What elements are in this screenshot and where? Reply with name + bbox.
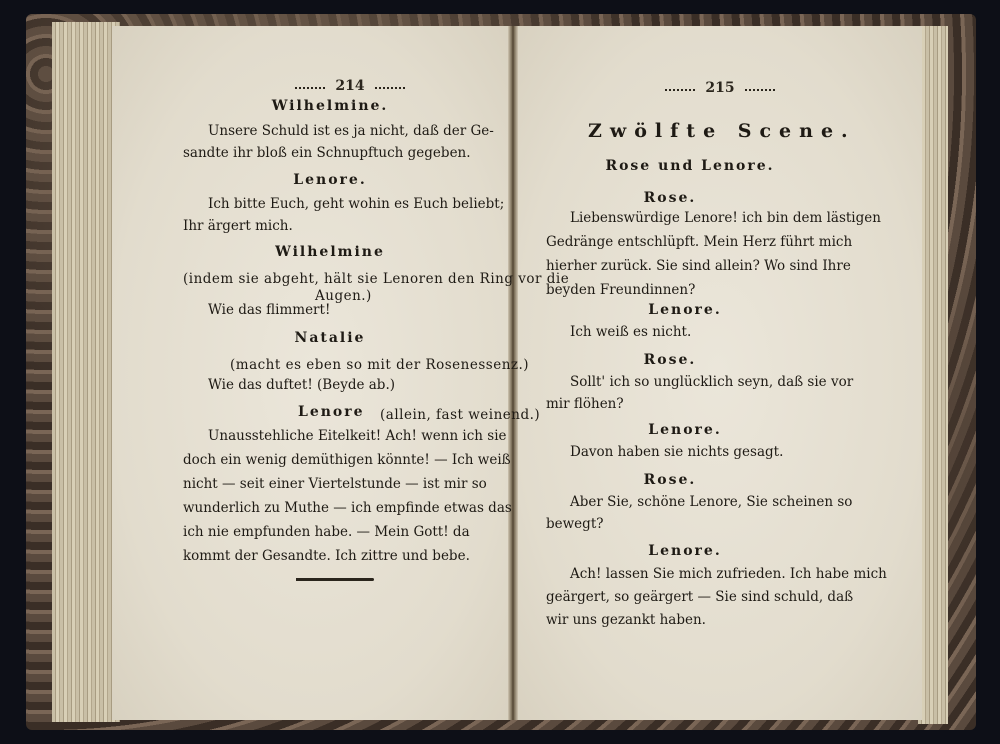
speech-line: wir uns gezankt haben.	[546, 612, 706, 628]
speech-line: Wie das flimmert!	[208, 302, 330, 318]
speech-line: mir flöhen?	[546, 396, 624, 412]
speaker-heading: Lenore	[298, 404, 378, 420]
ornament-icon	[295, 83, 325, 89]
speech-line: nicht — seit einer Viertelstunde — ist m…	[183, 476, 487, 492]
speaker-heading: Lenore.	[620, 422, 750, 438]
stage-direction: (indem sie abgeht, hält sie Lenoren den …	[183, 271, 569, 287]
page-edges-right	[918, 26, 948, 724]
speaker-heading: Lenore.	[620, 302, 750, 318]
speech-line: sandte ihr bloß ein Schnupftuch gegeben.	[183, 145, 471, 161]
speech-line: doch ein wenig demüthigen könnte! — Ich …	[183, 452, 511, 468]
speech-line: Wie das duftet! (Beyde ab.)	[208, 377, 395, 393]
left-page-number: 214	[280, 78, 420, 94]
speech-line: Liebenswürdige Lenore! ich bin dem lästi…	[570, 210, 881, 226]
speech-line: bewegt?	[546, 516, 603, 532]
speaker-heading: Lenore.	[620, 543, 750, 559]
speaker-heading: Rose.	[620, 190, 720, 206]
page-edges-left	[52, 22, 120, 722]
speech-line: ich nie empfunden habe. — Mein Gott! da	[183, 524, 470, 540]
stage-direction: (allein, fast weinend.)	[380, 407, 540, 423]
book-gutter	[508, 26, 518, 720]
speaker-heading: Lenore.	[230, 172, 430, 188]
speech-line: Unausstehliche Eitelkeit! Ach! wenn ich …	[208, 428, 507, 444]
speech-line: kommt der Gesandte. Ich zittre und bebe.	[183, 548, 470, 564]
ornament-icon	[665, 85, 695, 91]
speech-line: Unsere Schuld ist es ja nicht, daß der G…	[208, 123, 494, 139]
ornament-icon	[745, 85, 775, 91]
right-page-number: 215	[650, 80, 790, 96]
speaker-heading: Wilhelmine.	[230, 98, 430, 114]
page-number-text: 215	[705, 80, 734, 96]
speech-line: beyden Freundinnen?	[546, 282, 695, 298]
speech-line: Davon haben sie nichts gesagt.	[570, 444, 783, 460]
speaker-heading: Rose.	[620, 472, 720, 488]
speech-line: hierher zurück. Sie sind allein? Wo sind…	[546, 258, 851, 274]
speech-line: Aber Sie, schöne Lenore, Sie scheinen so	[570, 494, 852, 510]
page-number-text: 214	[335, 78, 364, 94]
speech-line: Ach! lassen Sie mich zufrieden. Ich habe…	[570, 566, 887, 582]
stage-direction: (macht es eben so mit der Rosenessenz.)	[230, 357, 529, 373]
end-rule	[296, 578, 374, 581]
speech-line: Ich bitte Euch, geht wohin es Euch belie…	[208, 196, 504, 212]
speech-line: geärgert, so geärgert — Sie sind schuld,…	[546, 589, 853, 605]
speech-line: Ihr ärgert mich.	[183, 218, 293, 234]
speaker-heading: Natalie	[230, 330, 430, 346]
speaker-heading: Wilhelmine	[230, 244, 430, 260]
speech-line: wunderlich zu Muthe — ich empfinde etwas…	[183, 500, 512, 516]
ornament-icon	[375, 83, 405, 89]
cast-list: Rose und Lenore.	[590, 158, 790, 174]
speech-line: Ich weiß es nicht.	[570, 324, 691, 340]
speech-line: Sollt' ich so unglücklich seyn, daß sie …	[570, 374, 853, 390]
scene-title: Zwölfte Scene.	[588, 120, 856, 142]
speaker-heading: Rose.	[620, 352, 720, 368]
speech-line: Gedränge entschlüpft. Mein Herz führt mi…	[546, 234, 852, 250]
